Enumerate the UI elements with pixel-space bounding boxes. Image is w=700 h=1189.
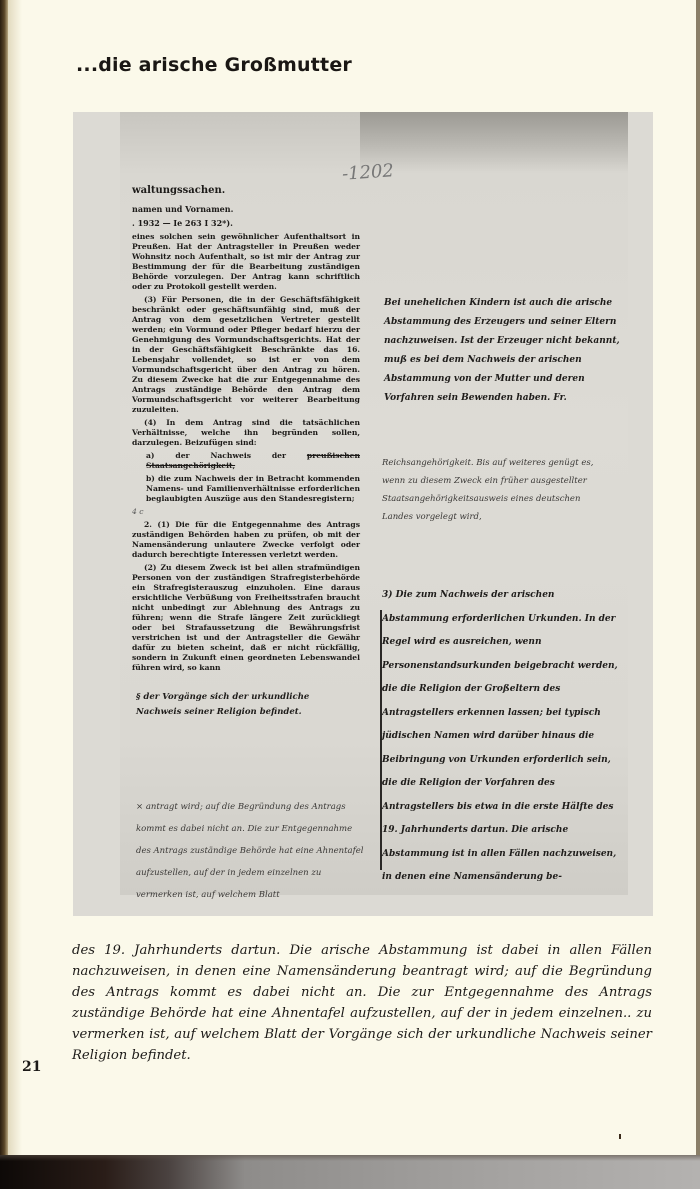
page-number: 21: [22, 1059, 41, 1075]
typed-paragraph: (2) Zu diesem Zweck ist bei allen strafm…: [132, 563, 360, 673]
body-paragraph: des 19. Jahrhunderts dartun. Die arische…: [72, 940, 652, 1066]
typed-paragraph: (4) In dem Antrag sind die tatsächlichen…: [132, 418, 360, 448]
ink-speck: [619, 1134, 621, 1139]
typed-subheading: namen und Vornamen.: [132, 204, 360, 214]
typed-list-item: b) die zum Nachweis der in Betracht komm…: [132, 474, 360, 504]
list-text: die zum Nachweis der in Betracht kommend…: [146, 474, 360, 503]
handwritten-note-aryan-proof: 3) Die zum Nachweis der arischen Abstamm…: [382, 584, 622, 890]
typed-heading: waltungssachen.: [132, 186, 360, 196]
list-marker: b): [146, 474, 155, 483]
handwritten-note-citizenship: Reichsangehörigkeit. Bis auf weiteres ge…: [382, 454, 612, 526]
document-sheet: -1202 waltungssachen. namen und Vornamen…: [120, 112, 628, 895]
handwritten-note-religion: § der Vorgänge sich der urkundliche Nach…: [136, 690, 356, 720]
list-marker: a): [146, 451, 155, 460]
handwritten-note-illegitimate-children: Bei unehelichen Kindern ist auch die ari…: [384, 294, 624, 408]
scanner-bottom-shadow: [0, 1155, 700, 1189]
handwritten-file-number: -1202: [341, 160, 394, 185]
body-paragraph-text: des 19. Jahrhunderts dartun. Die arische…: [72, 940, 652, 1066]
document-photograph: -1202 waltungssachen. namen und Vornamen…: [73, 112, 653, 916]
page-title: ...die arische Großmutter: [76, 54, 352, 76]
typed-paragraph: 2. (1) Die für die Entgegennahme des Ant…: [132, 520, 360, 560]
list-text: der Nachweis der: [175, 451, 307, 460]
typed-regulation-text: waltungssachen. namen und Vornamen. . 19…: [132, 186, 360, 676]
page-right-edge: [696, 0, 700, 1155]
book-spine-edge: [0, 0, 8, 1155]
handwritten-note-application: × antragt wird; auf die Begründung des A…: [136, 796, 366, 906]
typed-citation: . 1932 — Ie 263 I 32*).: [132, 218, 360, 228]
typed-list-item: a) der Nachweis der preußischen Staatsan…: [132, 451, 360, 471]
page-gutter-shadow: [8, 0, 22, 1155]
typed-paragraph: (3) Für Personen, die in der Geschäftsfä…: [132, 295, 360, 415]
typed-paragraph: eines solchen sein gewöhnlicher Aufentha…: [132, 232, 360, 292]
margin-note: 4 c: [132, 507, 360, 517]
